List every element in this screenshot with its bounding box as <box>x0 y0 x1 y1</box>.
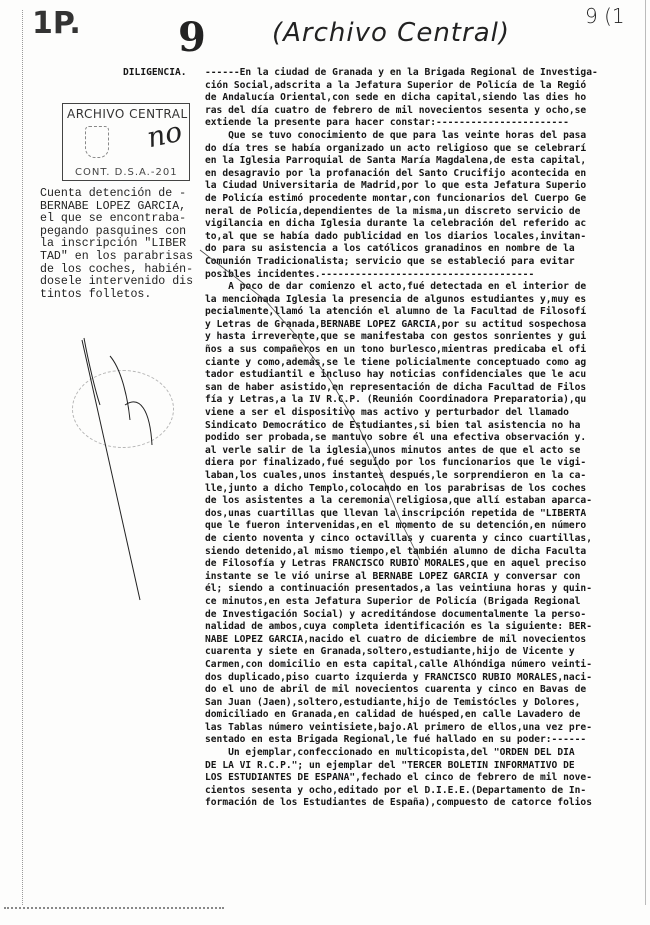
document-line: de Andalucía Oriental,con sede en dicha … <box>205 92 645 105</box>
document-line: diera por finalizado,fué seguido por los… <box>205 457 645 470</box>
document-line: LOS ESTUDIANTES DE ESPAÑA",fechado el ci… <box>205 772 645 785</box>
page-edge-left <box>22 10 23 905</box>
circular-seal-icon <box>72 370 174 448</box>
document-line: que le fueron intervenidas,en el momento… <box>205 520 645 533</box>
document-body: DILIGENCIA.------En la ciudad de Granada… <box>205 67 645 810</box>
document-line: tador estudiantil e incluso hay noticias… <box>205 369 645 382</box>
document-line: siendo detenido,al mismo tiempo,el tambi… <box>205 546 645 559</box>
document-line: domiciliado en Granada,en calidad de hué… <box>205 709 645 722</box>
handwritten-folio-number: 9 <box>178 14 206 61</box>
document-line: en la Iglesia Parroquial de Santa María … <box>205 155 645 168</box>
margin-note-line: Cuenta detención de - <box>40 188 210 201</box>
margin-note-line: tintos folletos. <box>40 289 210 302</box>
archive-stamp: ARCHIVO CENTRAL no CONT. D.S.A.-201 <box>62 103 190 181</box>
page-edge-right <box>645 0 646 905</box>
document-line: vigilancia en dicha Iglesia durante la c… <box>205 218 645 231</box>
stamp-signature: no <box>144 115 185 155</box>
document-page: 1P. 9 (Archivo Central) 9 (1 ARCHIVO CEN… <box>0 0 650 925</box>
document-line: San Juan (Jaen),soltero,estudiante,hijo … <box>205 697 645 710</box>
stamp-footer: CONT. D.S.A.-201 <box>75 167 178 178</box>
margin-note-line: el que se encontraba- <box>40 213 210 226</box>
document-line: cuarenta y siete en Granada,soltero,estu… <box>205 646 645 659</box>
document-line: DILIGENCIA.------En la ciudad de Granada… <box>205 67 645 80</box>
document-line: to,al que se había dado publicidad en lo… <box>205 231 645 244</box>
document-line: en desagravio por la profanación del San… <box>205 168 645 181</box>
document-line: cientos sesenta y ocho,editado por el D.… <box>205 785 645 798</box>
document-line: do día tres se había organizado un acto … <box>205 143 645 156</box>
document-line: y Letras de Granada,BERNABE LOPEZ GARCIA… <box>205 319 645 332</box>
document-line: de Filosofía y Letras FRANCISCO RUBIO MO… <box>205 558 645 571</box>
document-line: ción Social,adscrita a la Jefatura Super… <box>205 80 645 93</box>
handwritten-archive-note: (Archivo Central) <box>272 18 510 48</box>
margin-note-line: TAD" en los parabrisas <box>40 251 210 264</box>
document-line: de ciento noventa y cinco octavillas y c… <box>205 533 645 546</box>
document-line: NABE LOPEZ GARCIA,nacido el cuatro de di… <box>205 634 645 647</box>
document-line: DE LA VI R.C.P."; un ejemplar del "TERCE… <box>205 760 645 773</box>
document-line: pecialmente,llamó la atención el alumno … <box>205 306 645 319</box>
document-line: formación de los Estudiantes de España),… <box>205 797 645 810</box>
document-line: él; siendo a continuación presentados,a … <box>205 583 645 596</box>
document-line: do el uno de abril de mil novecientos cu… <box>205 684 645 697</box>
document-line: la mencionada Iglesia la presencia de al… <box>205 294 645 307</box>
margin-note-line: dosele intervenido dis <box>40 276 210 289</box>
document-line: las Tablas número veintisiete,bajo.Al pr… <box>205 722 645 735</box>
coat-of-arms-icon <box>85 126 109 158</box>
document-line: posibles incidentes.--------------------… <box>205 269 645 282</box>
document-line: instante se le vió unirse al BERNABE LOP… <box>205 571 645 584</box>
document-line: al verle salir de la iglesia,unos minuto… <box>205 445 645 458</box>
document-line: y hasta irreverente,que se manifestaba c… <box>205 331 645 344</box>
document-line: viene a ser el dispositivo mas activo y … <box>205 407 645 420</box>
document-line: lle,junto a dicho Templo,colocando en lo… <box>205 483 645 496</box>
handwritten-page-ref: 9 (1 <box>585 4 625 28</box>
document-line: Carmen,con domicilio en esta capital,cal… <box>205 659 645 672</box>
document-line: ños a sus compañeros en un tono burlesco… <box>205 344 645 357</box>
document-line: fía y Letras,a la IV R.C.P. (Reunión Coo… <box>205 394 645 407</box>
document-line: ciante y como,además,se le tiene policia… <box>205 357 645 370</box>
document-line: Sindicato Democrático de Estudiantes,si … <box>205 420 645 433</box>
document-line: ce minutos,en esta Jefatura Superior de … <box>205 596 645 609</box>
document-line: nalidad de ambos,cuya completa identific… <box>205 621 645 634</box>
document-line: A poco de dar comienzo el acto,fué detec… <box>205 281 645 294</box>
document-line: Un ejemplar,confeccionado en multicopist… <box>205 747 645 760</box>
document-line: de los asistentes a la ceremonia religio… <box>205 495 645 508</box>
document-line: dos duplicado,piso cuarto izquierda y FR… <box>205 672 645 685</box>
document-line: de Policía estimó procedente montar,con … <box>205 193 645 206</box>
document-line: de Investigación Social) y acreditándose… <box>205 609 645 622</box>
page-edge-bottom <box>4 907 224 909</box>
document-line: dos,unas cuartillas que llevan la inscri… <box>205 508 645 521</box>
margin-summary-note: Cuenta detención de -BERNABE LOPEZ GARCI… <box>40 188 210 301</box>
document-line: neral de Policía,dependientes de la mism… <box>205 206 645 219</box>
document-line: Comunión Tradicionalista; servicio que s… <box>205 256 645 269</box>
document-line: Que se tuvo conocimiento de que para las… <box>205 130 645 143</box>
document-line: san de haber asistido,en representación … <box>205 382 645 395</box>
document-line: podido ser probada,se mantuvo sobre él u… <box>205 432 645 445</box>
document-line: extiende la presente para hacer constar:… <box>205 117 645 130</box>
document-line: laban,los cuales,unos instantes después,… <box>205 470 645 483</box>
document-line: ras del día cuatro de febrero de mil nov… <box>205 105 645 118</box>
document-line: sentado en esta Brigada Regional,le fué … <box>205 734 645 747</box>
document-line: do para su asistencia a los católicos gr… <box>205 243 645 256</box>
handwritten-corner-mark: 1P. <box>32 6 81 41</box>
document-line: la Ciudad Universitaria de Madrid,por lo… <box>205 180 645 193</box>
